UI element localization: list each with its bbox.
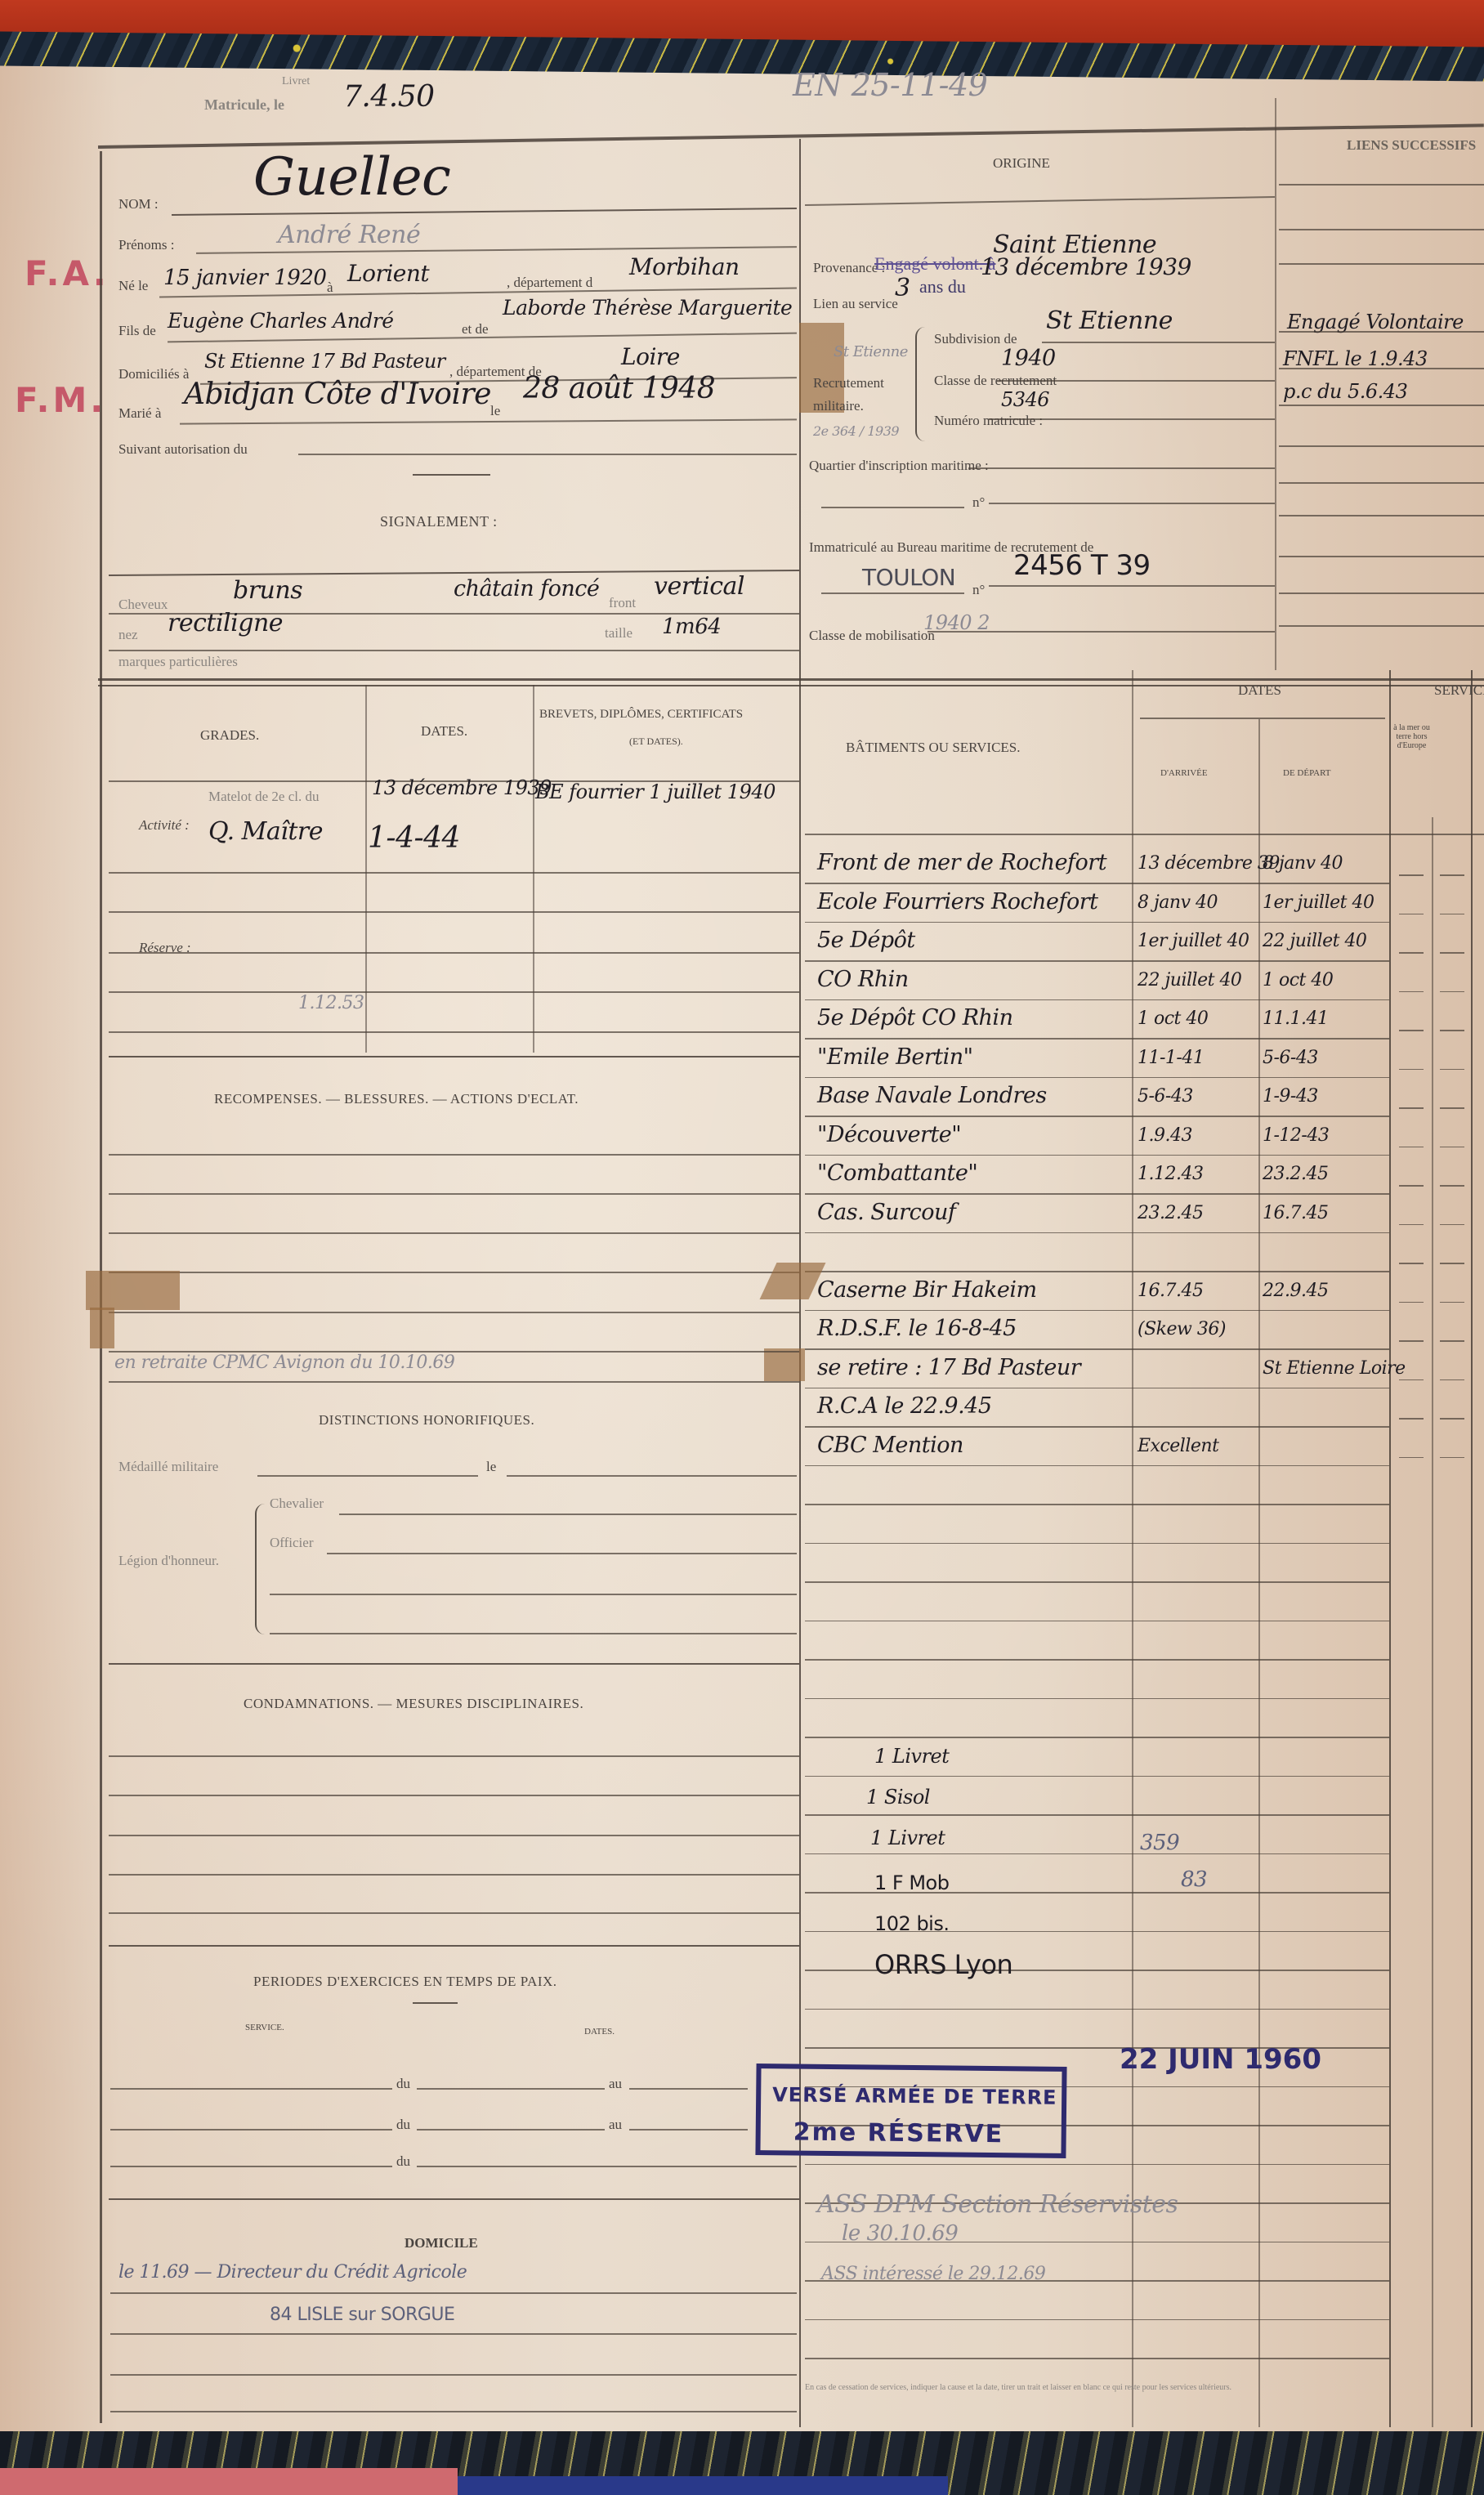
service-row-line	[805, 883, 1389, 884]
periode-1-du: du	[396, 2076, 410, 2092]
services-col-right	[1471, 670, 1473, 2427]
service-mer-dash	[1440, 1379, 1464, 1381]
service-empty-line	[805, 1698, 1389, 1700]
grade-row-1-brevet: BE fourrier 1 juillet 1940	[535, 780, 776, 803]
quartier-line	[968, 467, 1275, 469]
grade-row-2: Q. Maître	[208, 817, 323, 846]
fraction-numerator: 359	[1140, 1831, 1179, 1855]
service-depart: 5-6-43	[1263, 1048, 1318, 1068]
service-mer-dash	[1399, 1107, 1424, 1109]
condamnations-line-5	[109, 1912, 799, 1914]
ne-le-value: 15 janvier 1920	[163, 266, 326, 290]
liens-line-5	[1279, 368, 1484, 369]
reserve-label: Réserve :	[139, 940, 191, 956]
liens-line-9	[1279, 515, 1484, 516]
periode-2-au-line	[629, 2129, 748, 2131]
service-mer-dash	[1440, 1107, 1464, 1109]
tape-middle-2	[764, 1348, 805, 1381]
domicile-line2: 84 LISLE sur SORGUE	[270, 2305, 454, 2325]
grades-line-2	[109, 911, 799, 913]
service-empty-line	[805, 1581, 1389, 1583]
service-depart: 8 janv 40	[1263, 853, 1343, 874]
nez-label: nez	[118, 627, 138, 643]
service-empty-line	[805, 1814, 1389, 1816]
ne-le-label: Né le	[118, 278, 148, 294]
service-arrivee: 1.9.43	[1138, 1125, 1192, 1146]
recrutement-pencil: St Etienne	[834, 343, 908, 360]
services-header-line	[805, 834, 1484, 835]
matricule-label: Matricule, le	[204, 96, 284, 114]
chevalier-line	[339, 1514, 797, 1515]
cheveux-value: bruns	[233, 576, 302, 605]
officier-label: Officier	[270, 1535, 314, 1551]
liens-entry-1: Engagé Volontaire	[1287, 311, 1464, 333]
recrutement-pencil2: 2e 364 / 1939	[813, 423, 899, 439]
service-arrivee: 11-1-41	[1138, 1048, 1204, 1068]
fils-de-label: Fils de	[118, 323, 156, 339]
service-row-line	[805, 1232, 1389, 1234]
taille-label: taille	[605, 625, 632, 642]
service-arrivee: 8 janv 40	[1138, 892, 1218, 913]
nom-value: Guellec	[253, 147, 450, 208]
stamp-line2: 2me RÉSERVE	[793, 2117, 1004, 2148]
tape-left-2	[90, 1308, 114, 1348]
service-row-line	[805, 1193, 1389, 1195]
liens-line-2	[1279, 229, 1484, 230]
service-empty-line	[805, 1659, 1389, 1661]
stamp-fm: F.M.	[15, 380, 106, 420]
service-mer-dash	[1399, 1340, 1424, 1342]
grades-col-divider-1	[365, 685, 367, 1053]
service-empty-line	[805, 1621, 1389, 1622]
liens-line-12	[1279, 625, 1484, 627]
service-empty-line	[805, 2009, 1389, 2010]
service-mer-dash	[1399, 914, 1424, 915]
service-mer-dash	[1440, 914, 1464, 915]
service-depart: 22.9.45	[1263, 1281, 1328, 1301]
blue-cover-strip	[458, 2476, 948, 2495]
grades-line-3	[109, 952, 799, 954]
service-empty-line	[805, 1776, 1389, 1777]
domicile-rule-2	[110, 2333, 797, 2335]
service-name: "Découverte"	[817, 1122, 961, 1147]
medaille-le-line	[507, 1475, 797, 1477]
condamnations-line-4	[109, 1874, 799, 1876]
numero-value: 5346	[1001, 388, 1049, 411]
periode-2-au: au	[609, 2117, 622, 2133]
service-mer-dash	[1440, 1030, 1464, 1031]
service-arrivee: (Skew 36)	[1138, 1319, 1226, 1339]
service-depart: 1-12-43	[1263, 1125, 1329, 1146]
subdivision-label: Subdivision de	[934, 331, 1017, 347]
grades-col-divider-2	[533, 685, 534, 1053]
service-row-line	[805, 960, 1389, 962]
liens-line-11	[1279, 592, 1484, 594]
grade-row-1: Matelot de 2e cl. du	[208, 789, 320, 805]
marriage-place: Abidjan Côte d'Ivoire	[184, 378, 491, 411]
marques-label: marques particulières	[118, 654, 238, 670]
parents-domicile: St Etienne 17 Bd Pasteur	[204, 350, 445, 373]
liens-line-6	[1279, 405, 1484, 406]
service-mer-dash	[1440, 952, 1464, 954]
brevets-subheader: (ET DATES).	[629, 736, 683, 748]
service-name: 5e Dépôt CO Rhin	[817, 1005, 1012, 1031]
domicile-rule-4	[110, 2411, 797, 2412]
condamnations-title: CONDAMNATIONS. — MESURES DISCIPLINAIRES.	[244, 1696, 583, 1712]
services-col-depart	[1258, 719, 1260, 2427]
service-empty-line	[805, 1737, 1389, 1738]
service-mer-dash	[1399, 1030, 1424, 1031]
service-row-line	[805, 1388, 1389, 1389]
services-dates-header: DATES	[1238, 682, 1281, 699]
service-mer-dash	[1399, 1379, 1424, 1381]
service-depart: 16.7.45	[1263, 1203, 1328, 1223]
marriage-date: 28 août 1948	[523, 372, 715, 405]
grades-line-4	[109, 991, 799, 993]
bureau-line	[821, 592, 964, 594]
numero-label: Numéro matricule :	[934, 413, 1043, 429]
service-mer-dash	[1399, 1069, 1424, 1071]
bureau-value: TOULON	[862, 564, 955, 591]
quartier-line2	[821, 507, 964, 508]
quartier-no-label: n°	[972, 494, 985, 511]
depart-header: DE DÉPART	[1283, 768, 1331, 778]
service-mer-dash	[1440, 1147, 1464, 1148]
periode-1-au: au	[609, 2076, 622, 2092]
lien-ans-du: ans du	[919, 276, 966, 297]
service-row-line	[805, 1426, 1389, 1428]
recompenses-line-5	[109, 1312, 799, 1313]
service-empty-line	[805, 2358, 1389, 2359]
medaille-label: Médaillé militaire	[118, 1459, 218, 1475]
separator-dash	[413, 474, 490, 476]
doc-item-5: 102 bis.	[874, 1912, 949, 1935]
service-empty-line	[805, 1504, 1389, 1505]
service-arrivee: Excellent	[1138, 1436, 1218, 1456]
autorisation-label: Suivant autorisation du	[118, 441, 248, 458]
matricule-date: 7.4.50	[343, 80, 435, 114]
liens-divider	[1275, 98, 1276, 670]
pencil-note-3: ASS intéressé le 29.12.69	[821, 2264, 1045, 2284]
service-arrivee: 1 oct 40	[1138, 1008, 1208, 1029]
domicilies-label: Domiciliés à	[118, 366, 189, 382]
grade-row-1-date: 13 décembre 1939	[372, 776, 552, 799]
et-de-label: et de	[462, 321, 489, 338]
liens-title: LIENS SUCCESSIFS	[1347, 137, 1476, 154]
service-row-line	[805, 922, 1389, 923]
periodes-title: PERIODES D'EXERCICES EN TEMPS DE PAIX.	[253, 1974, 557, 1990]
service-row-line	[805, 1155, 1389, 1156]
periode-1-service	[110, 2088, 392, 2090]
nez-value: rectiligne	[168, 609, 283, 637]
signalement-title: SIGNALEMENT :	[380, 513, 498, 530]
periodes-dash	[413, 2002, 458, 2004]
subdivision-value: St Etienne	[1046, 306, 1173, 335]
officier-line	[327, 1553, 797, 1554]
recompenses-line-1	[109, 1154, 799, 1156]
stamp-fa: F.A.	[25, 253, 110, 293]
domicile-title: DOMICILE	[405, 2235, 478, 2251]
service-mer-dash	[1399, 1302, 1424, 1303]
recompenses-line-3	[109, 1232, 799, 1234]
autorisation-line	[298, 454, 797, 455]
dates-header: DATES.	[421, 723, 467, 740]
fraction-denominator: 83	[1181, 1867, 1207, 1892]
service-empty-line	[805, 1543, 1389, 1545]
service-row-line	[805, 1310, 1389, 1312]
medaille-le-label: le	[486, 1459, 496, 1475]
service-arrivee: 1.12.43	[1138, 1164, 1203, 1184]
service-name: Base Navale Londres	[817, 1083, 1047, 1108]
doc-item-6: ORRS Lyon	[874, 1949, 1012, 1980]
service-name: Front de mer de Rochefort	[817, 850, 1106, 875]
service-row-line	[805, 1116, 1389, 1117]
lien-value: 3	[895, 274, 910, 302]
service-name: "Combattante"	[817, 1160, 977, 1186]
service-mer-dash	[1440, 1224, 1464, 1226]
services-footnote: En cas de cessation de services, indique…	[805, 2382, 1483, 2394]
service-row-line	[805, 1271, 1389, 1272]
liens-line-10	[1279, 556, 1484, 557]
liens-entry-2: FNFL le 1.9.43	[1283, 347, 1428, 370]
service-depart: 23.2.45	[1263, 1164, 1328, 1184]
service-mer-dash	[1399, 1457, 1424, 1459]
domicile-rule-1	[110, 2292, 797, 2294]
service-depart: St Etienne Loire	[1263, 1358, 1406, 1379]
service-depart: 22 juillet 40	[1263, 931, 1366, 951]
periode-1-du-line	[417, 2088, 605, 2090]
service-mer-dash	[1399, 874, 1424, 876]
date-stamp: 22 JUIN 1960	[1120, 2043, 1321, 2076]
mother-name: Laborde Thérèse Marguerite	[503, 296, 792, 320]
service-mer-dash	[1399, 952, 1424, 954]
bureau-no-line	[989, 585, 1275, 587]
service-mer-dash	[1440, 991, 1464, 993]
bureau-no-label: n°	[972, 582, 985, 598]
birth-departement: Morbihan	[629, 253, 740, 280]
service-name: R.C.A le 22.9.45	[817, 1393, 992, 1419]
doc-item-2: 1 Sisol	[866, 1786, 930, 1809]
quartier-label: Quartier d'inscription maritime :	[809, 458, 989, 474]
periode-3-service	[110, 2166, 392, 2167]
brevets-header: BREVETS, DIPLÔMES, CERTIFICATS	[539, 708, 743, 722]
liens-line-3	[1279, 263, 1484, 265]
activite-label: Activité :	[139, 817, 190, 834]
service-mer-dash	[1440, 1263, 1464, 1264]
grades-header: GRADES.	[200, 727, 259, 744]
yeux-value: châtain foncé	[454, 576, 599, 601]
bureau-no-value: 2456 T 39	[1013, 549, 1151, 582]
recompenses-line-2	[109, 1193, 799, 1195]
service-arrivee: 22 juillet 40	[1138, 970, 1241, 990]
pink-cover-strip	[0, 2468, 458, 2495]
service-row-line	[805, 1038, 1389, 1040]
parents-departement: Loire	[621, 343, 680, 370]
services-sub-header: à la mer ou terre hors d'Europe	[1393, 723, 1430, 750]
service-arrivee: 16.7.45	[1138, 1281, 1203, 1301]
service-mer-dash	[1440, 1302, 1464, 1303]
legion-brace	[255, 1504, 265, 1634]
periode-3-du-line	[417, 2166, 797, 2167]
taille-value: 1m64	[662, 615, 721, 639]
nom-label: NOM :	[118, 196, 159, 212]
father-name: Eugène Charles André	[168, 309, 394, 333]
tape-left	[86, 1271, 180, 1310]
lien-date: 13 décembre 1939	[981, 253, 1191, 280]
domicile-line1: le 11.69 — Directeur du Crédit Agricole	[118, 2262, 467, 2283]
distinctions-bottom-line	[109, 1663, 799, 1665]
service-mer-dash	[1399, 1224, 1424, 1226]
grades-line-1	[109, 872, 799, 874]
service-mer-dash	[1399, 1263, 1424, 1264]
domicile-rule-3	[110, 2374, 797, 2376]
recompenses-pencil-note: en retraite CPMC Avignon du 10.10.69	[114, 1353, 454, 1373]
condamnations-line-1	[109, 1755, 799, 1757]
recompenses-title: RECOMPENSES. — BLESSURES. — ACTIONS D'EC…	[214, 1091, 579, 1107]
periodes-bottom-line	[109, 2198, 799, 2200]
liens-line-7	[1279, 445, 1484, 447]
service-name: R.D.S.F. le 16-8-45	[817, 1316, 1017, 1341]
service-name: Caserne Bir Hakeim	[817, 1277, 1037, 1303]
liens-entry-3: p.c du 5.6.43	[1283, 380, 1407, 403]
condamnations-line-2	[109, 1795, 799, 1796]
service-name: Ecole Fourriers Rochefort	[817, 889, 1098, 914]
service-name: 5e Dépôt	[817, 928, 915, 953]
service-mer-dash	[1440, 1069, 1464, 1071]
service-mer-dash	[1399, 991, 1424, 993]
periode-3-du: du	[396, 2153, 410, 2170]
quartier-no-line	[989, 503, 1275, 504]
marie-le-label: le	[490, 403, 500, 419]
doc-item-1: 1 Livret	[874, 1745, 949, 1768]
service-row-line	[805, 999, 1389, 1001]
service-mer-dash	[1440, 1340, 1464, 1342]
ledger-page	[0, 57, 1484, 2452]
periode-2-du: du	[396, 2117, 410, 2133]
front-value: vertical	[654, 572, 744, 601]
dates-header-line	[1140, 718, 1385, 719]
subdivision-line	[1042, 342, 1275, 343]
service-depart: 1 oct 40	[1263, 970, 1333, 990]
grades-bottom-line	[109, 1056, 799, 1057]
service-row-line	[805, 1465, 1389, 1467]
grade-row-2-date: 1-4-44	[368, 821, 460, 855]
service-empty-line	[805, 1853, 1389, 1855]
service-name: CBC Mention	[817, 1433, 963, 1458]
service-mer-dash	[1440, 1185, 1464, 1187]
top-pencil-note: EN 25-11-49	[793, 67, 987, 103]
lien-label: Lien au service	[813, 296, 898, 312]
periode-2-du-line	[417, 2129, 605, 2131]
service-arrivee: 23.2.45	[1138, 1203, 1203, 1223]
services-col-mer	[1389, 670, 1391, 2427]
legion-label: Légion d'honneur.	[118, 1553, 219, 1569]
liens-line-1	[1279, 184, 1484, 186]
classe-value: 1940	[1001, 346, 1056, 371]
pencil-note-1: ASS DPM Section Réservistes	[817, 2190, 1178, 2219]
service-depart: 1-9-43	[1263, 1086, 1318, 1107]
mobilisation-label: Classe de mobilisation	[809, 628, 935, 644]
service-name: se retire : 17 Bd Pasteur	[817, 1355, 1080, 1380]
service-arrivee: 1er juillet 40	[1138, 931, 1249, 951]
stamp-line1: VERSÉ ARMÉE DE TERRE	[772, 2083, 1057, 2109]
service-row-line	[805, 1077, 1389, 1079]
services-col-mer-sub	[1432, 817, 1433, 2427]
verse-armee-stamp: VERSÉ ARMÉE DE TERRE 2me RÉSERVE	[755, 2064, 1066, 2158]
section-divider-1	[98, 678, 1484, 681]
liens-line-4	[1279, 331, 1484, 333]
periodes-service-label: SERVICE.	[245, 2023, 284, 2032]
grades-line-5	[109, 1031, 799, 1033]
service-depart: 1er juillet 40	[1263, 892, 1374, 913]
prenoms-label: Prénoms :	[118, 237, 174, 253]
medaille-line	[257, 1475, 478, 1477]
service-empty-line	[805, 2319, 1389, 2321]
liens-line-8	[1279, 482, 1484, 484]
birth-place: Lorient	[347, 260, 429, 287]
grades-pencil-scribble: 1.12.53	[298, 993, 364, 1013]
front-label: front	[609, 595, 636, 611]
departement-label: , département d	[507, 275, 592, 291]
service-mer-dash	[1440, 1418, 1464, 1420]
chevalier-label: Chevalier	[270, 1496, 324, 1512]
arrivee-header: D'ARRIVÉE	[1160, 768, 1208, 778]
service-mer-dash	[1399, 1185, 1424, 1187]
service-mer-dash	[1399, 1147, 1424, 1148]
service-mer-dash	[1440, 874, 1464, 876]
service-depart: 11.1.41	[1263, 1008, 1328, 1029]
numero-line	[989, 418, 1275, 420]
service-name: CO Rhin	[817, 967, 909, 992]
mobilisation-line	[927, 631, 1275, 633]
service-mer-dash	[1399, 1418, 1424, 1420]
periode-2-service	[110, 2129, 392, 2131]
signalement-line2	[109, 650, 799, 651]
marie-label: Marié à	[118, 405, 161, 422]
origine-title: ORIGINE	[993, 155, 1050, 172]
legion-line-4	[270, 1633, 797, 1634]
service-name: Cas. Surcouf	[817, 1200, 955, 1225]
recompenses-line-4	[109, 1272, 799, 1273]
legion-line-3	[270, 1594, 797, 1595]
recrutement-brace	[915, 327, 925, 441]
condamnations-line-3	[109, 1835, 799, 1836]
service-arrivee: 5-6-43	[1138, 1086, 1193, 1107]
services-header: SERVICES	[1434, 682, 1484, 699]
cheveux-label: Cheveux	[118, 597, 168, 613]
periodes-dates-label: DATES.	[584, 2027, 615, 2037]
classe-line	[997, 380, 1275, 382]
doc-item-3: 1 Livret	[870, 1827, 945, 1849]
service-row-line	[805, 1348, 1389, 1350]
doc-item-4: 1 F Mob	[874, 1871, 949, 1894]
recompenses-line-7	[109, 1381, 799, 1383]
periode-1-au-line	[629, 2088, 748, 2090]
prenoms-value: André René	[278, 221, 420, 249]
service-name: "Emile Bertin"	[817, 1044, 973, 1070]
livret-label: Livret	[282, 75, 310, 88]
service-mer-dash	[1440, 1457, 1464, 1459]
recrutement-label: Recrutement militaire.	[813, 372, 911, 418]
condamnations-bottom-line	[109, 1945, 799, 1947]
service-arrivee: 13 décembre 39	[1138, 853, 1280, 874]
pencil-note-2: le 30.10.69	[842, 2221, 958, 2246]
provenance-struck: Engagé volont. à	[874, 253, 995, 275]
batiments-header: BÂTIMENTS OU SERVICES.	[846, 740, 1021, 756]
service-empty-line	[805, 2164, 1389, 2166]
distinctions-title: DISTINCTIONS HONORIFIQUES.	[319, 1412, 534, 1429]
